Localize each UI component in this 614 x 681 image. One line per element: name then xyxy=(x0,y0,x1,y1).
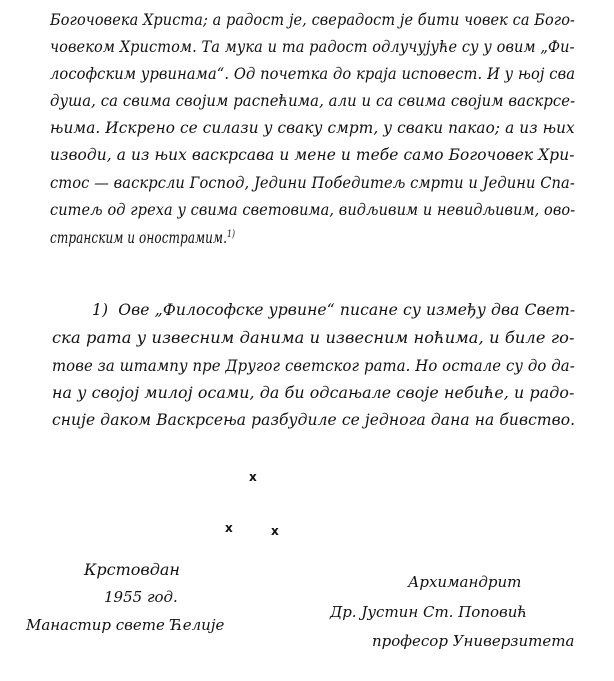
signature-date-feast: Крстовдан xyxy=(84,560,180,579)
signature-year: 1955 год. xyxy=(104,588,178,606)
signature-place: Манастир свете Ћелије xyxy=(26,616,224,634)
footnote-line: на у својој милој осами, да би одсањале … xyxy=(52,383,575,403)
text-line: душа, са свима својим распећима, али и с… xyxy=(50,91,575,111)
signature-title: Архимандрит xyxy=(408,573,521,591)
footnote-first-line: 1) Ове „Философске урвине“ писане су изм… xyxy=(92,300,575,320)
text-line: ситељ од греха у свима световима, видљив… xyxy=(50,200,575,220)
signature-position: професор Универзитета xyxy=(372,632,574,650)
handwritten-page: Богочовека Христа; а радост је, сверадос… xyxy=(0,0,614,681)
text-line-last: странским и онострамим.1) xyxy=(50,228,235,248)
text-line: Богочовека Христа; а радост је, сверадос… xyxy=(50,10,575,30)
signature-name: Др. Јустин Ст. Поповић xyxy=(330,603,527,621)
footnote-marker: 1) xyxy=(92,301,108,319)
footnote-line: тове за штампу пре Другог светског рата.… xyxy=(52,356,575,376)
footnote-reference: 1) xyxy=(227,229,235,240)
separator-mark: x xyxy=(249,470,257,484)
footnote-line: ска рата у извесним данима и извесним но… xyxy=(52,328,575,348)
footnote-line: сније даком Васкрсења разбудиле се једно… xyxy=(52,410,575,430)
text-line: стос — васкрсли Господ, Једини Победитељ… xyxy=(50,173,575,193)
separator-mark: x xyxy=(225,521,233,535)
text-line: изводи, а из њих васкрсава и мене и тебе… xyxy=(50,145,575,165)
separator-mark: x xyxy=(271,524,279,538)
text-line: њима. Искрено се силази у сваку смрт, у … xyxy=(50,118,575,138)
text-line: лософским урвинама“. Од почетка до краја… xyxy=(50,64,575,84)
footnote-line: Ове „Философске урвине“ писане су између… xyxy=(118,301,575,319)
text-line: странским и онострамим. xyxy=(50,229,227,247)
text-line: човеком Христом. Та мука и та радост одл… xyxy=(50,37,575,57)
